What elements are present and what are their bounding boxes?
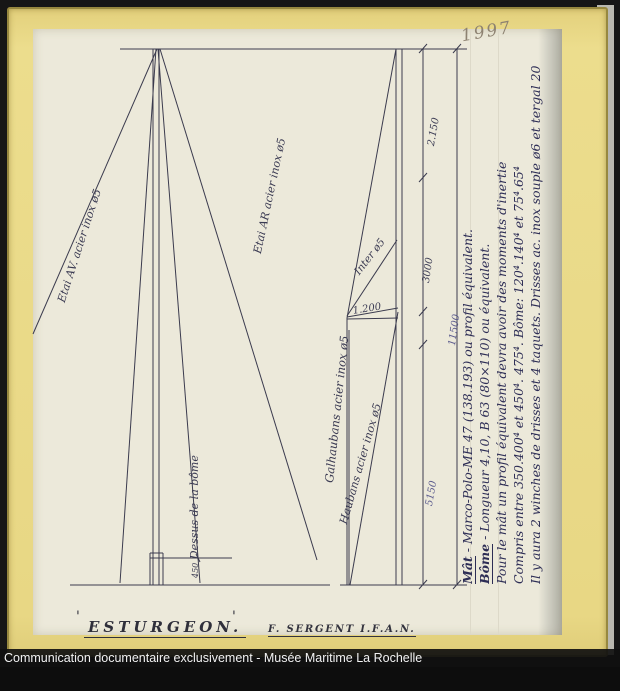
note-line-winches: Il y aura 2 winches de drisses et 4 taqu… <box>527 28 544 584</box>
photo-border-bottom <box>0 667 620 691</box>
note-boom-rest: - Longueur 4,10, B 63 (80×110) ou équiva… <box>477 244 492 544</box>
note-line-boom: Bôme - Longueur 4,10, B 63 (80×110) ou é… <box>476 28 493 584</box>
title-quote-left: ' <box>76 609 80 625</box>
scanned-document-photo: 1997 Etai AV. acier inox ø5 Etai AR acie… <box>0 0 620 691</box>
note-line-profile: Pour le mât un profil équivalent devra a… <box>493 28 510 584</box>
boom-top-label: Dessus de la bôme <box>188 455 201 559</box>
note-line-mast: Mât - Marco-Polo-ME 47 (138.193) ou prof… <box>459 28 476 584</box>
specification-notes: Mât - Marco-Polo-ME 47 (138.193) ou prof… <box>459 28 547 584</box>
boom-reference-label: 450 Dessus de la bôme <box>188 455 201 578</box>
boom-height-dimension: 450 <box>191 563 200 578</box>
title-quote-right: ' <box>232 609 236 625</box>
boat-name-title: ESTURGEON. <box>84 618 246 638</box>
note-boom-head: Bôme <box>477 544 493 584</box>
note-mast-rest: - Marco-Polo-ME 47 (138.193) ou profil é… <box>460 229 475 556</box>
note-line-inertia: Compris entre 350.400⁴ et 450⁴. 475⁴. Bô… <box>510 28 527 584</box>
note-mast-head: Mât <box>460 556 476 584</box>
museum-banner: Communication documentaire exclusivement… <box>0 649 620 668</box>
architect-signature: F. SERGENT I.F.A.N. <box>268 624 416 637</box>
